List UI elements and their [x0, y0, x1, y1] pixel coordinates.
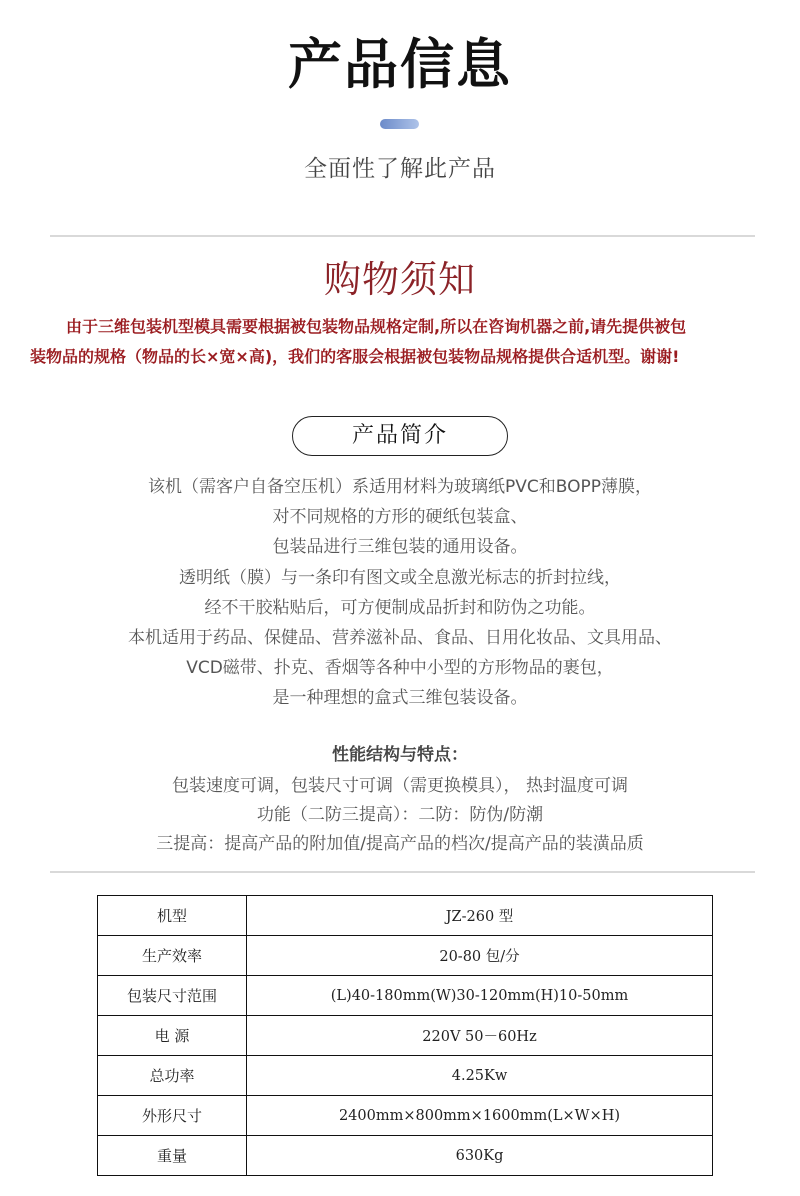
intro-line: 包装品进行三维包装的通用设备。 — [0, 532, 800, 562]
section-divider — [50, 235, 755, 237]
intro-section-heading: 产品简介 — [292, 416, 508, 456]
notice-body: 由于三维包装机型模具需要根据被包装物品规格定制,所以在咨询机器之前,请先提供被包… — [30, 312, 775, 372]
spec-label: 电 源 — [98, 1016, 247, 1056]
accent-bar-decoration — [380, 119, 419, 129]
intro-line: 经不干胶粘贴后，可方便制成品折封和防伪之功能。 — [0, 593, 800, 623]
spec-label: 重量 — [98, 1136, 247, 1176]
features-list: 包装速度可调，包装尺寸可调（需更换模具）， 热封温度可调 功能（二防三提高）：二… — [0, 772, 800, 859]
intro-line: 对不同规格的方形的硬纸包装盒、 — [0, 502, 800, 532]
intro-line: 该机（需客户自备空压机）系适用材料为玻璃纸PVC和BOPP薄膜， — [0, 472, 800, 502]
table-row: 生产效率 20-80 包/分 — [98, 936, 713, 976]
spec-label: 机型 — [98, 896, 247, 936]
spec-value: (L)40-180mm(W)30-120mm(H)10-50mm — [247, 976, 713, 1016]
table-row: 外形尺寸 2400mm×800mm×1600mm(L×W×H) — [98, 1096, 713, 1136]
spec-label: 总功率 — [98, 1056, 247, 1096]
intro-line: VCD磁带、扑克、香烟等各种中小型的方形物品的裹包， — [0, 653, 800, 683]
spec-label: 生产效率 — [98, 936, 247, 976]
feature-line: 三提高：提高产品的附加值/提高产品的档次/提高产品的装潢品质 — [0, 830, 800, 859]
notice-title: 购物须知 — [0, 252, 800, 308]
intro-line: 是一种理想的盒式三维包装设备。 — [0, 683, 800, 713]
page-subtitle: 全面性了解此产品 — [0, 152, 800, 186]
spec-value: JZ-260 型 — [247, 896, 713, 936]
notice-line-1: 由于三维包装机型模具需要根据被包装物品规格定制,所以在咨询机器之前,请先提供被包 — [30, 312, 775, 342]
spec-label: 包装尺寸范围 — [98, 976, 247, 1016]
spec-value: 20-80 包/分 — [247, 936, 713, 976]
spec-table: 机型 JZ-260 型 生产效率 20-80 包/分 包装尺寸范围 (L)40-… — [97, 895, 713, 1176]
table-row: 包装尺寸范围 (L)40-180mm(W)30-120mm(H)10-50mm — [98, 976, 713, 1016]
features-heading: 性能结构与特点： — [0, 740, 800, 770]
page-title: 产品信息 — [0, 30, 800, 100]
table-row: 电 源 220V 50－60Hz — [98, 1016, 713, 1056]
table-row: 机型 JZ-260 型 — [98, 896, 713, 936]
intro-description: 该机（需客户自备空压机）系适用材料为玻璃纸PVC和BOPP薄膜， 对不同规格的方… — [0, 472, 800, 714]
spec-value: 2400mm×800mm×1600mm(L×W×H) — [247, 1096, 713, 1136]
feature-line: 包装速度可调，包装尺寸可调（需更换模具）， 热封温度可调 — [0, 772, 800, 801]
spec-value: 4.25Kw — [247, 1056, 713, 1096]
intro-line: 透明纸（膜）与一条印有图文或全息激光标志的折封拉线， — [0, 563, 800, 593]
table-row: 重量 630Kg — [98, 1136, 713, 1176]
spec-value: 630Kg — [247, 1136, 713, 1176]
section-divider — [50, 871, 755, 873]
intro-line: 本机适用于药品、保健品、营养滋补品、食品、日用化妆品、文具用品、 — [0, 623, 800, 653]
spec-label: 外形尺寸 — [98, 1096, 247, 1136]
feature-line: 功能（二防三提高）：二防：防伪/防潮 — [0, 801, 800, 830]
table-row: 总功率 4.25Kw — [98, 1056, 713, 1096]
notice-line-2: 装物品的规格（物品的长×宽×高)，我们的客服会根据被包装物品规格提供合适机型。谢… — [30, 342, 775, 372]
spec-value: 220V 50－60Hz — [247, 1016, 713, 1056]
